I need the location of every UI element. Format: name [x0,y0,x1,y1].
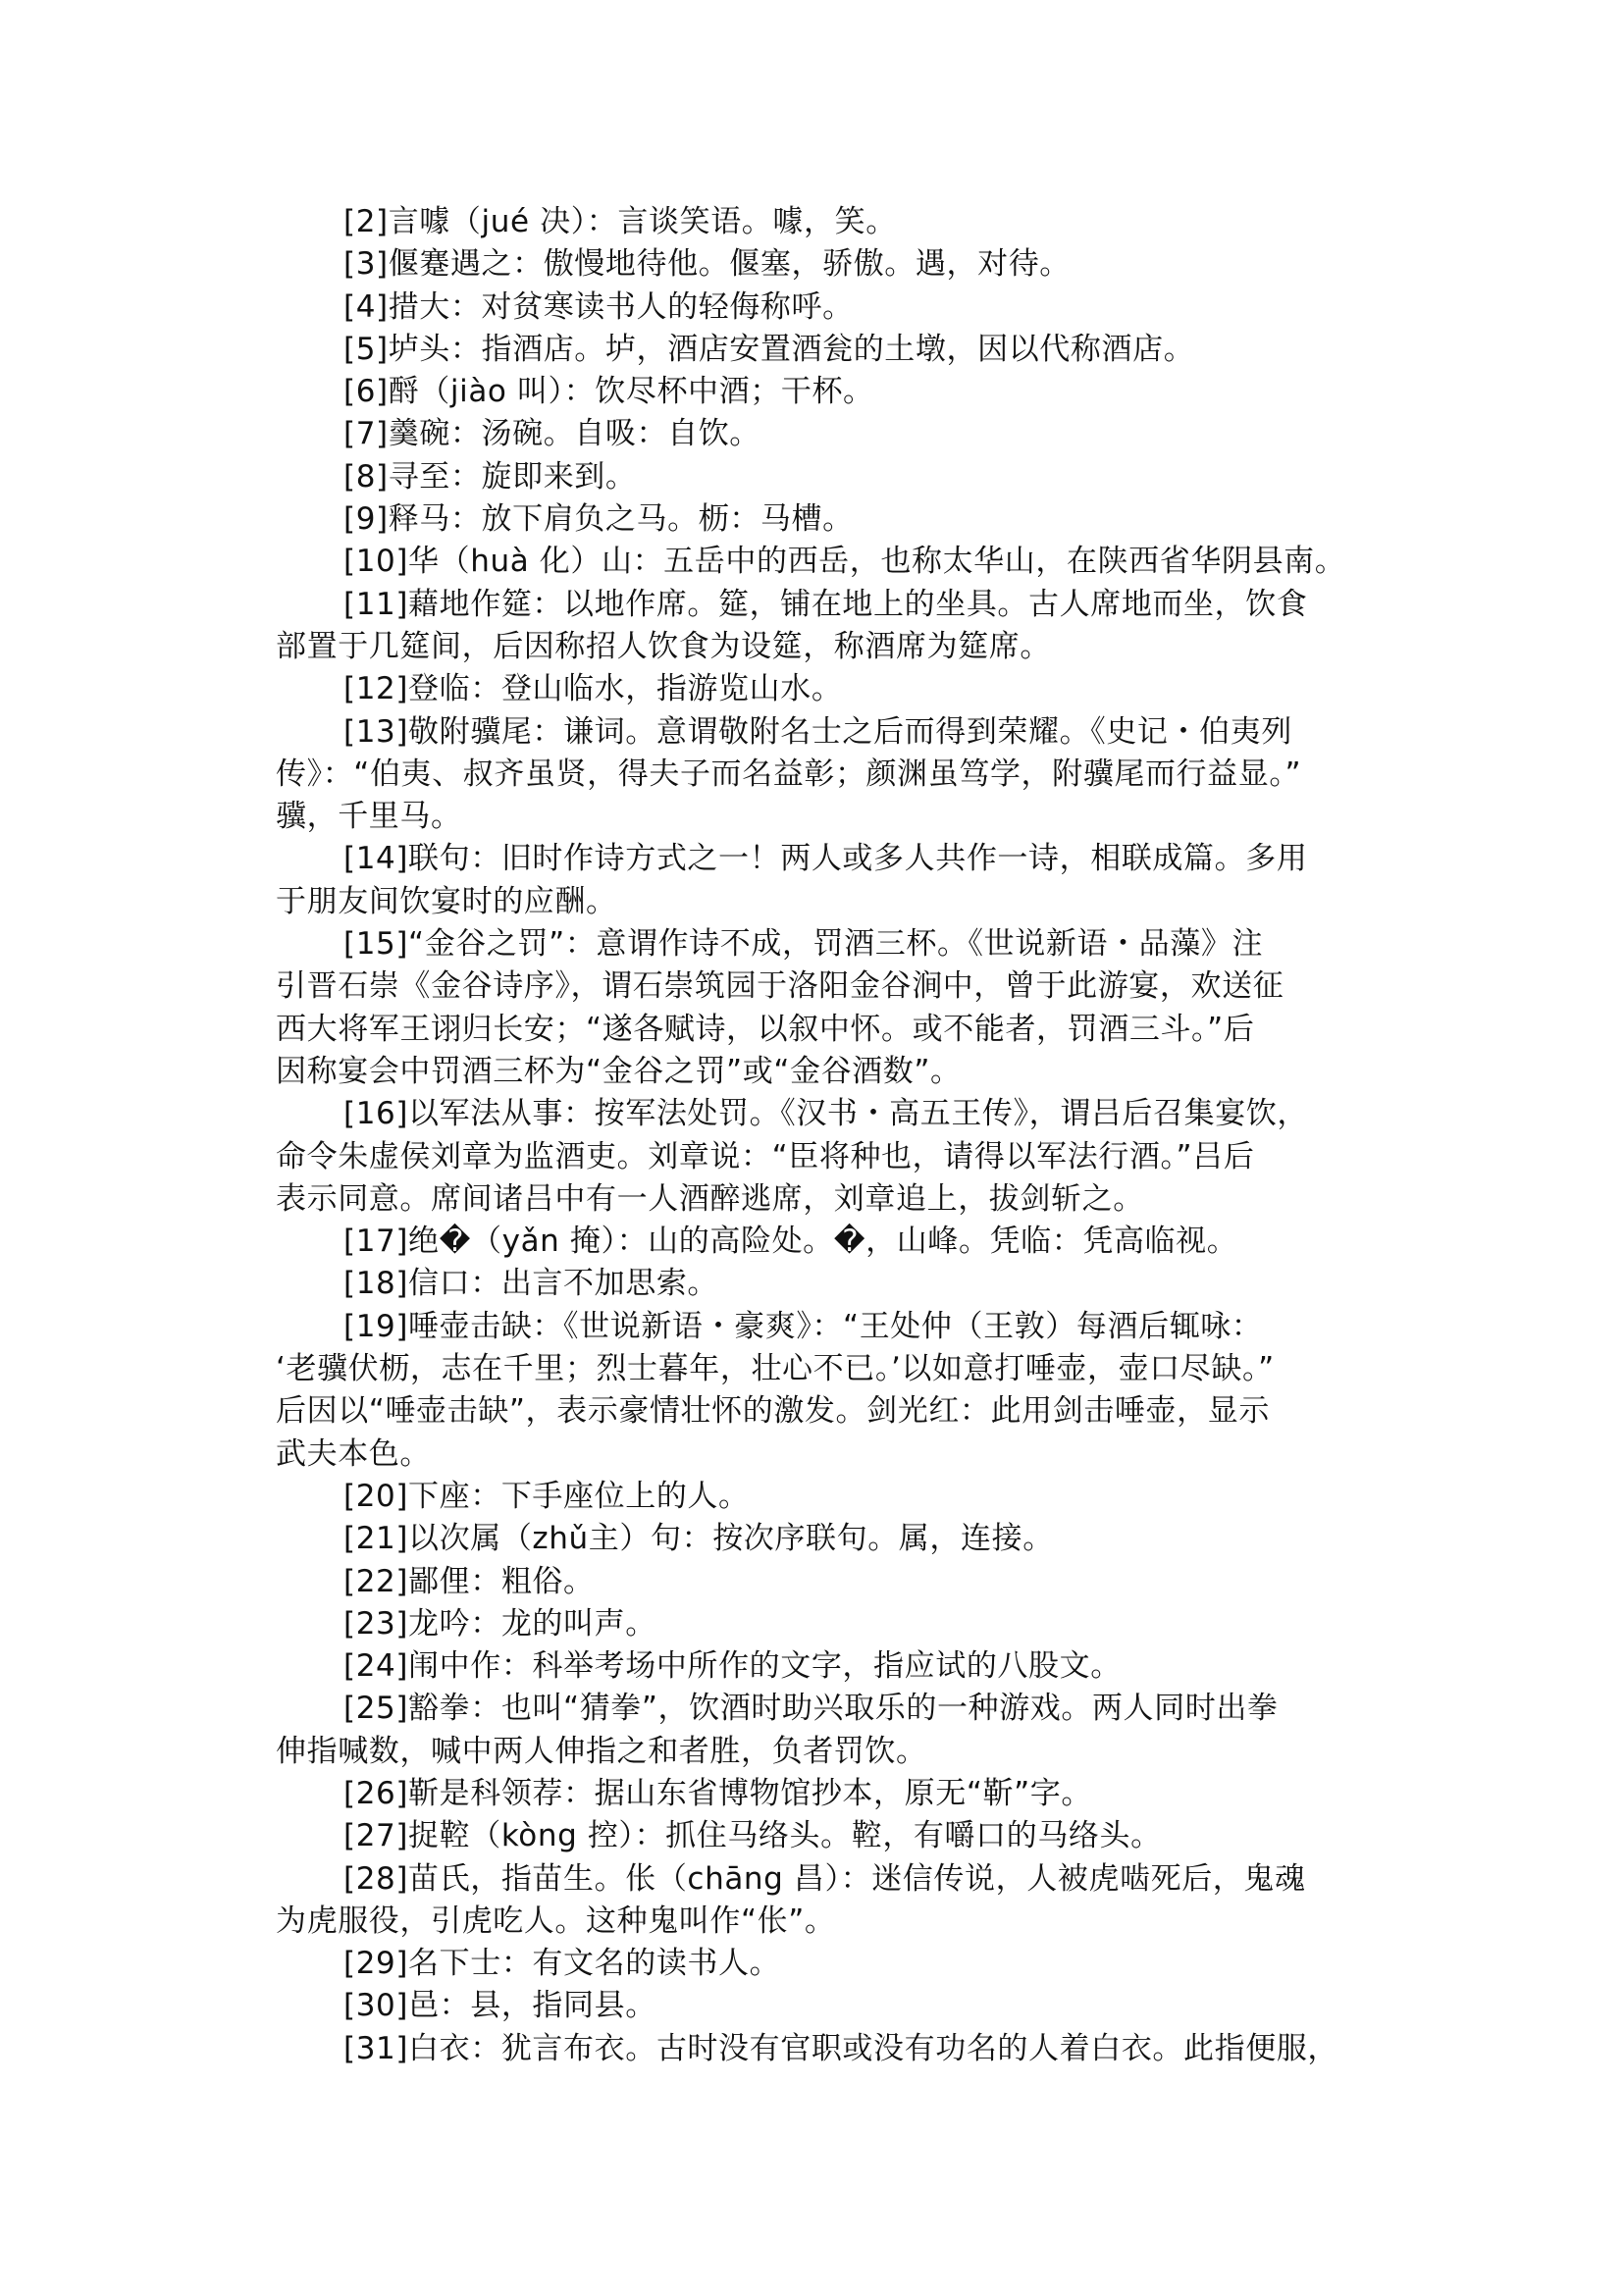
footnote-first-line: [2]言噱（jué 决）：言谈笑语。噱，笑。 [276,201,1361,243]
footnote-first-line: [13]敬附骥尾：谦词。意谓敬附名士之后而得到荣耀。《史记・伯夷列 [276,711,1361,754]
footnote-first-line: [24]闱中作：科举考场中所作的文字，指应试的八股文。 [276,1645,1361,1688]
footnote-first-line: [31]白衣：犹言布衣。古时没有官职或没有功名的人着白衣。此指便服， [276,2028,1361,2070]
footnote-continuation-line: 引晋石崇《金谷诗序》，谓石崇筑园于洛阳金谷涧中，曾于此游宴，欢送征 [276,965,1361,1008]
footnote-first-line: [5]垆头：指酒店。垆，酒店安置酒瓮的土墩，因以代称酒店。 [276,329,1361,371]
footnote-entry: [31]白衣：犹言布衣。古时没有官职或没有功名的人着白衣。此指便服， [276,2028,1361,2070]
footnote-entry: [22]鄙俚：粗俗。 [276,1561,1361,1603]
footnote-entry: [10]华（huà 化）山：五岳中的西岳，也称太华山，在陕西省华阴县南。 [276,541,1361,583]
footnote-first-line: [8]寻至：旋即来到。 [276,456,1361,498]
footnote-entry: [27]捉鞚（kòng 控）：抓住马络头。鞚，有嚼口的马络头。 [276,1815,1361,1857]
footnote-entry: [21]以次属（zhǔ主）句：按次序联句。属，连接。 [276,1518,1361,1560]
footnote-continuation-line: 西大将军王诩归长安；“遂各赋诗，以叙中怀。或不能者，罚酒三斗。”后 [276,1009,1361,1051]
footnote-first-line: [15]“金谷之罚”：意谓作诗不成，罚酒三杯。《世说新语・品藻》注 [276,923,1361,965]
footnote-entry: [26]靳是科领荐：据山东省博物馆抄本，原无“靳”字。 [276,1773,1361,1815]
footnote-entry: [23]龙吟：龙的叫声。 [276,1603,1361,1645]
footnote-first-line: [22]鄙俚：粗俗。 [276,1561,1361,1603]
footnote-entry: [18]信口：出言不加思索。 [276,1263,1361,1305]
footnote-continuation-line: 部置于几筵间，后因称招人饮食为设筵，称酒席为筵席。 [276,626,1361,668]
footnote-entry: [25]豁拳：也叫“猜拳”，饮酒时助兴取乐的一种游戏。两人同时出拳伸指喊数，喊中… [276,1688,1361,1773]
footnote-entry: [15]“金谷之罚”：意谓作诗不成，罚酒三杯。《世说新语・品藻》注引晋石崇《金谷… [276,923,1361,1093]
footnote-first-line: [6]酹（jiào 叫）：饮尽杯中酒；干杯。 [276,371,1361,413]
footnote-continuation-line: 后因以“唾壶击缺”，表示豪情壮怀的激发。剑光红：此用剑击唾壶，显示 [276,1390,1361,1433]
footnote-continuation-line: 命令朱虚侯刘章为监酒吏。刘章说：“臣将种也，请得以军法行酒。”吕后 [276,1136,1361,1178]
footnote-entry: [7]羹碗：汤碗。自吸：自饮。 [276,413,1361,455]
footnote-entry: [28]苗氏，指苗生。伥（chāng 昌）：迷信传说，人被虎啮死后，鬼魂为虎服役… [276,1858,1361,1944]
footnote-first-line: [11]藉地作筵：以地作席。筵，铺在地上的坐具。古人席地而坐，饮食 [276,584,1361,626]
footnote-entry: [12]登临：登山临水，指游览山水。 [276,668,1361,710]
footnote-entry: [30]邑：县，指同县。 [276,1985,1361,2027]
footnote-first-line: [29]名下士：有文名的读书人。 [276,1943,1361,1985]
annotation-page: [2]言噱（jué 决）：言谈笑语。噱，笑。[3]偃蹇遇之：傲慢地待他。偃塞，骄… [276,201,1361,2070]
footnote-first-line: [18]信口：出言不加思索。 [276,1263,1361,1305]
footnote-first-line: [20]下座：下手座位上的人。 [276,1476,1361,1518]
footnote-entry: [6]酹（jiào 叫）：饮尽杯中酒；干杯。 [276,371,1361,413]
footnote-first-line: [30]邑：县，指同县。 [276,1985,1361,2027]
footnote-first-line: [14]联句：旧时作诗方式之一！两人或多人共作一诗，相联成篇。多用 [276,838,1361,880]
footnote-entry: [17]绝�（yǎn 掩）：山的高险处。�，山峰。凭临：凭高临视。 [276,1221,1361,1263]
footnote-entry: [9]释马：放下肩负之马。枥：马槽。 [276,498,1361,541]
footnote-continuation-line: 传》：“伯夷、叔齐虽贤，得夫子而名益彰；颜渊虽笃学，附骥尾而行益显。” [276,754,1361,796]
footnote-entry: [5]垆头：指酒店。垆，酒店安置酒瓮的土墩，因以代称酒店。 [276,329,1361,371]
footnote-entry: [13]敬附骥尾：谦词。意谓敬附名士之后而得到荣耀。《史记・伯夷列传》：“伯夷、… [276,711,1361,839]
footnote-entry: [16]以军法从事：按军法处罚。《汉书・高五王传》，谓吕后召集宴饮，命令朱虚侯刘… [276,1093,1361,1221]
footnote-entry: [8]寻至：旋即来到。 [276,456,1361,498]
footnote-continuation-line: 为虎服役，引虎吃人。这种鬼叫作“伥”。 [276,1901,1361,1943]
footnote-first-line: [27]捉鞚（kòng 控）：抓住马络头。鞚，有嚼口的马络头。 [276,1815,1361,1857]
footnote-first-line: [9]释马：放下肩负之马。枥：马槽。 [276,498,1361,541]
footnote-entry: [24]闱中作：科举考场中所作的文字，指应试的八股文。 [276,1645,1361,1688]
footnote-entry: [2]言噱（jué 决）：言谈笑语。噱，笑。 [276,201,1361,243]
footnote-first-line: [21]以次属（zhǔ主）句：按次序联句。属，连接。 [276,1518,1361,1560]
footnote-continuation-line: 于朋友间饮宴时的应酬。 [276,881,1361,923]
footnote-first-line: [19]唾壶击缺：《世说新语・豪爽》：“王处仲（王敦）每酒后辄咏： [276,1306,1361,1348]
footnote-first-line: [4]措大：对贫寒读书人的轻侮称呼。 [276,287,1361,329]
footnote-entry: [4]措大：对贫寒读书人的轻侮称呼。 [276,287,1361,329]
footnote-first-line: [16]以军法从事：按军法处罚。《汉书・高五王传》，谓吕后召集宴饮， [276,1093,1361,1135]
footnote-continuation-line: 表示同意。席间诸吕中有一人酒醉逃席，刘章追上，拔剑斩之。 [276,1178,1361,1221]
footnote-entry: [20]下座：下手座位上的人。 [276,1476,1361,1518]
footnote-entry: [3]偃蹇遇之：傲慢地待他。偃塞，骄傲。遇，对待。 [276,243,1361,286]
footnote-first-line: [3]偃蹇遇之：傲慢地待他。偃塞，骄傲。遇，对待。 [276,243,1361,286]
footnote-first-line: [23]龙吟：龙的叫声。 [276,1603,1361,1645]
footnote-continuation-line: ‘老骥伏枥，志在千里；烈士暮年，壮心不已。’以如意打唾壶，壶口尽缺。” [276,1348,1361,1390]
footnote-first-line: [12]登临：登山临水，指游览山水。 [276,668,1361,710]
footnote-entry: [29]名下士：有文名的读书人。 [276,1943,1361,1985]
footnote-first-line: [17]绝�（yǎn 掩）：山的高险处。�，山峰。凭临：凭高临视。 [276,1221,1361,1263]
footnote-first-line: [7]羹碗：汤碗。自吸：自饮。 [276,413,1361,455]
footnote-first-line: [25]豁拳：也叫“猜拳”，饮酒时助兴取乐的一种游戏。两人同时出拳 [276,1688,1361,1730]
footnote-continuation-line: 武夫本色。 [276,1434,1361,1476]
footnote-continuation-line: 因称宴会中罚酒三杯为“金谷之罚”或“金谷酒数”。 [276,1051,1361,1093]
footnote-first-line: [10]华（huà 化）山：五岳中的西岳，也称太华山，在陕西省华阴县南。 [276,541,1361,583]
footnote-entry: [19]唾壶击缺：《世说新语・豪爽》：“王处仲（王敦）每酒后辄咏：‘老骥伏枥，志… [276,1306,1361,1476]
footnote-first-line: [28]苗氏，指苗生。伥（chāng 昌）：迷信传说，人被虎啮死后，鬼魂 [276,1858,1361,1901]
footnote-continuation-line: 骥，千里马。 [276,796,1361,838]
footnote-continuation-line: 伸指喊数，喊中两人伸指之和者胜，负者罚饮。 [276,1731,1361,1773]
footnote-entry: [11]藉地作筵：以地作席。筵，铺在地上的坐具。古人席地而坐，饮食部置于几筵间，… [276,584,1361,669]
footnote-first-line: [26]靳是科领荐：据山东省博物馆抄本，原无“靳”字。 [276,1773,1361,1815]
footnote-entry: [14]联句：旧时作诗方式之一！两人或多人共作一诗，相联成篇。多用于朋友间饮宴时… [276,838,1361,923]
